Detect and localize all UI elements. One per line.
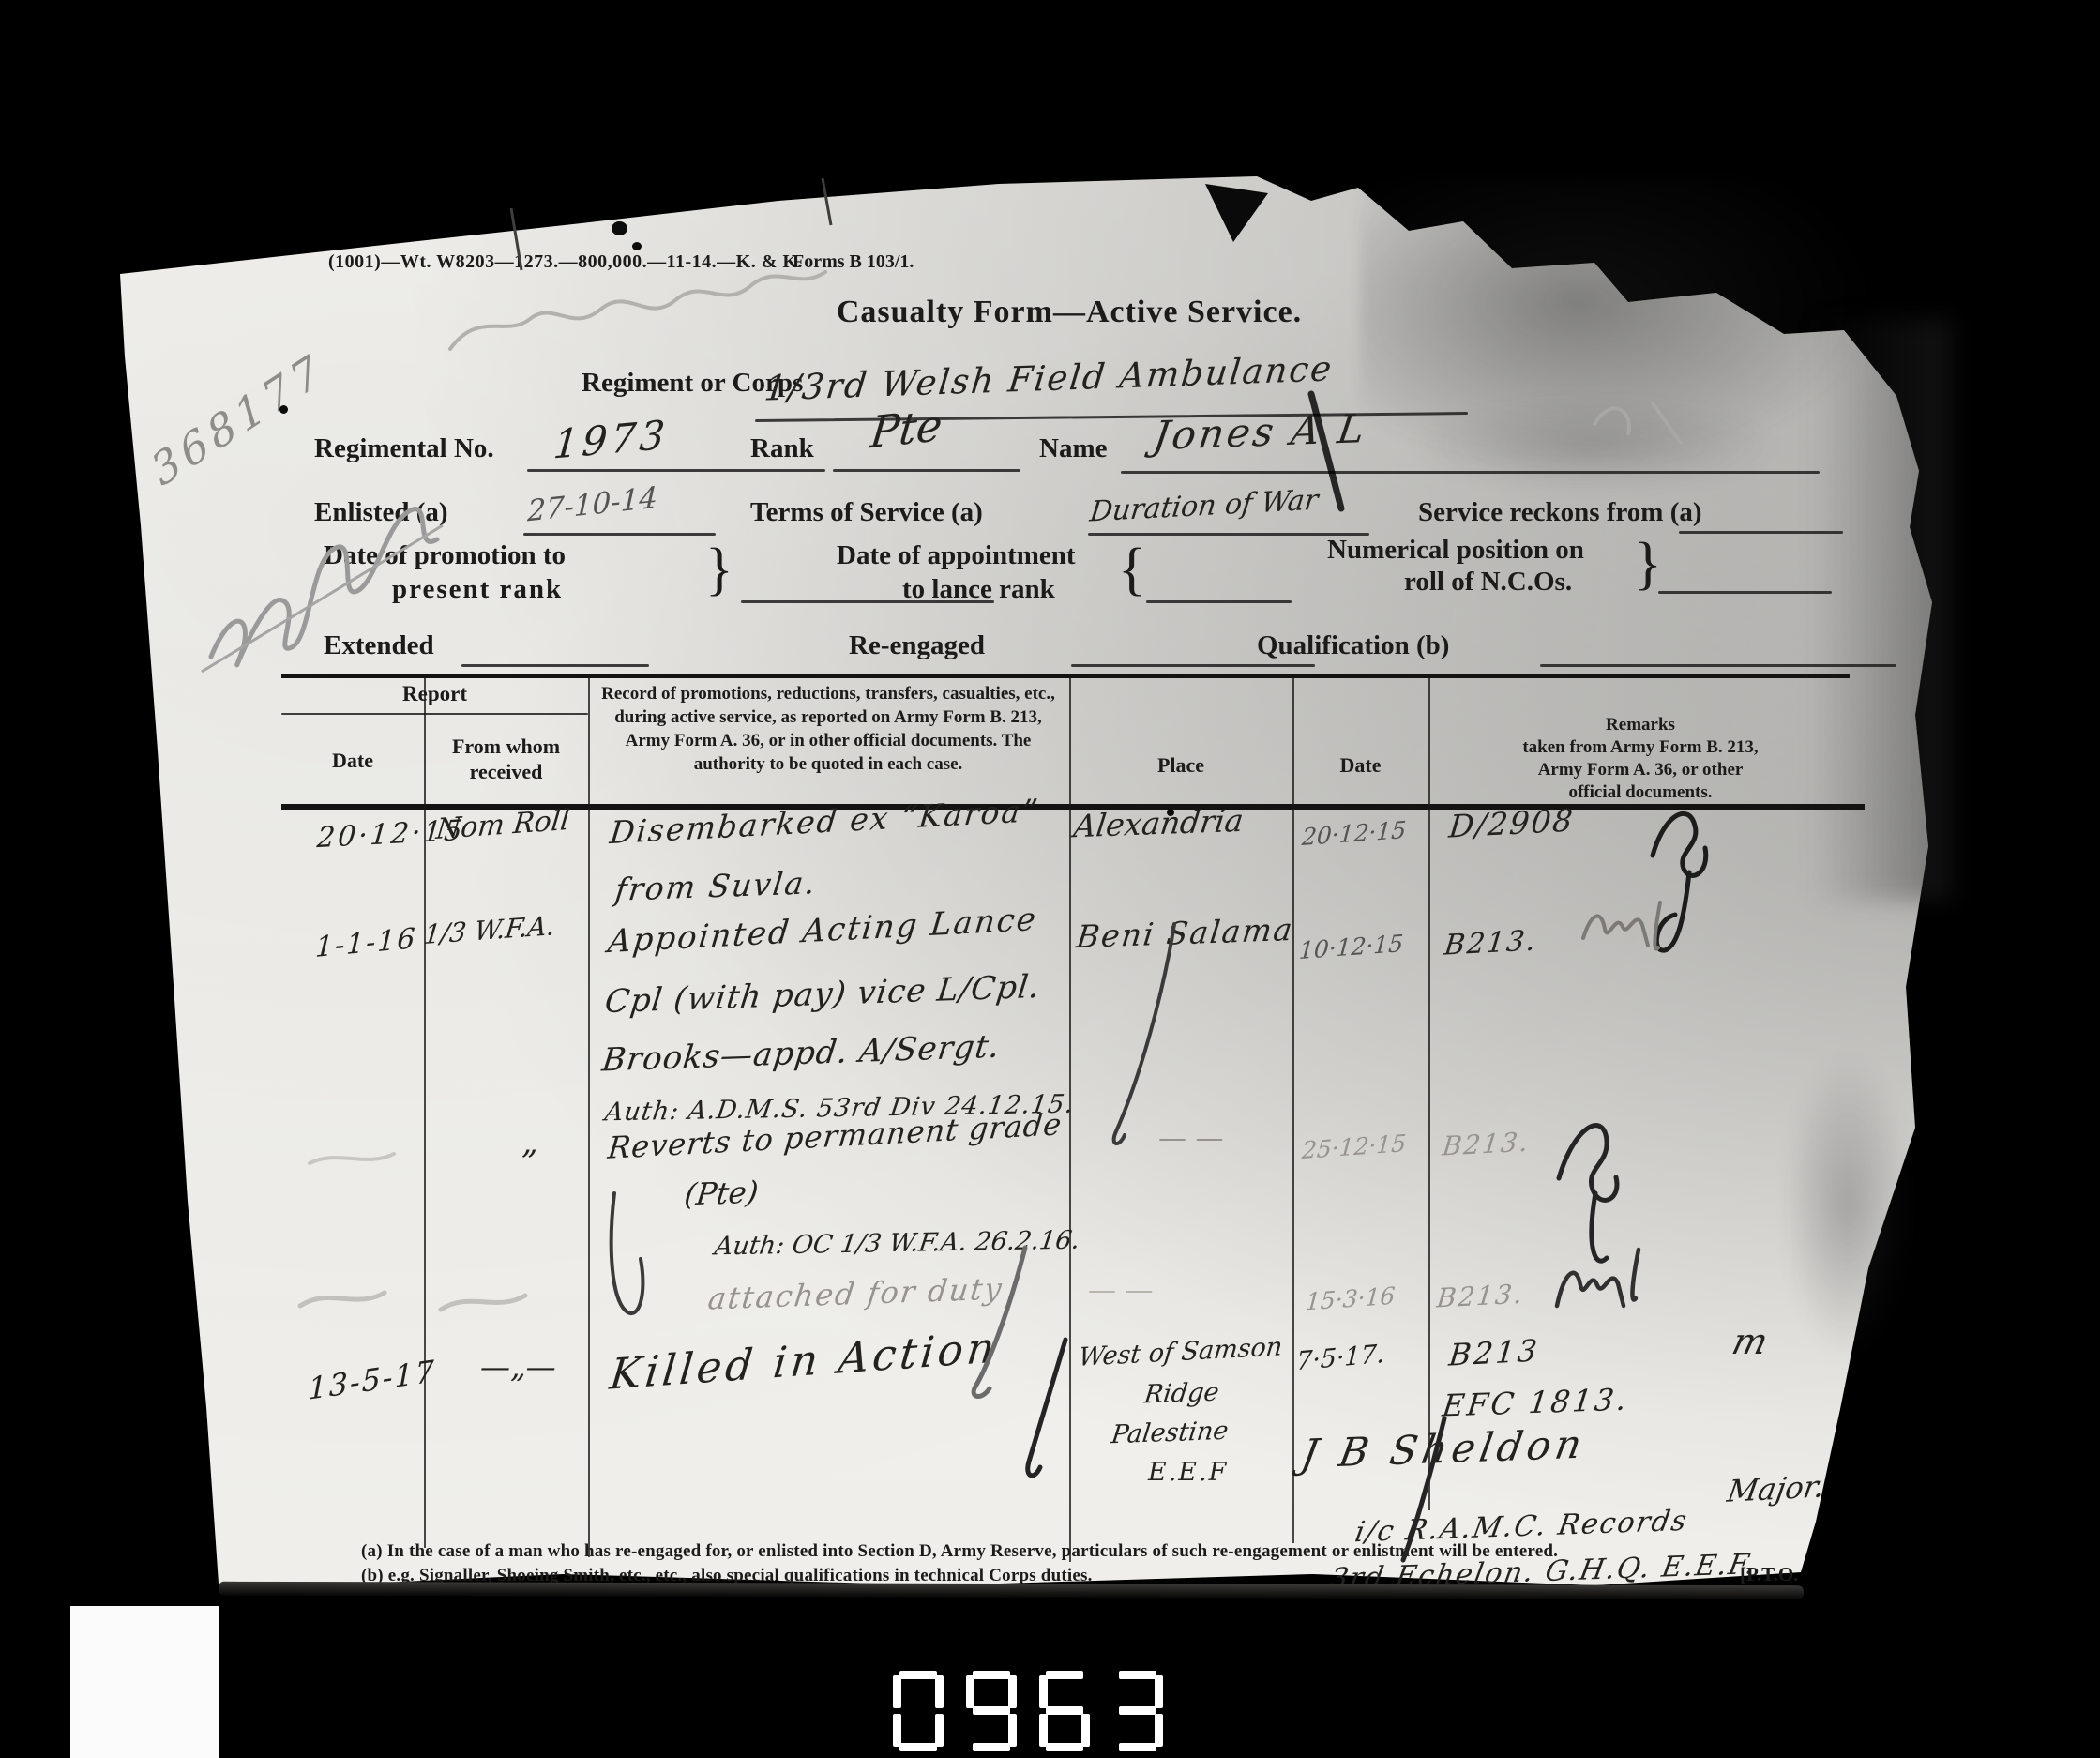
regimental-no-underline bbox=[527, 469, 825, 472]
stamp-digit bbox=[893, 1671, 944, 1751]
reengaged-label: Re-engaged bbox=[849, 630, 985, 661]
table-column-divider bbox=[588, 678, 590, 1557]
paper-bottom-shadow bbox=[219, 1582, 1804, 1599]
table-column-divider bbox=[1292, 678, 1294, 1543]
qualification-blank-line bbox=[1540, 664, 1896, 667]
promotion-brace: } bbox=[705, 537, 733, 603]
ink-dot bbox=[1167, 809, 1174, 816]
numerical-label-line1: Numerical position on bbox=[1327, 535, 1584, 566]
qualification-label: Qualification (b) bbox=[1257, 630, 1449, 661]
report-header: Report bbox=[281, 682, 588, 706]
footnote-a: (a) In the case of a man who has re-enga… bbox=[361, 1541, 1558, 1562]
date-header: Date bbox=[1292, 753, 1428, 778]
row1-remarks: D/2908 bbox=[1447, 801, 1577, 844]
row3-place-dash: — — bbox=[1158, 1122, 1224, 1155]
numerical-label-line2: roll of N.C.Os. bbox=[1404, 567, 1572, 598]
form-title: Casualty Form—Active Service. bbox=[741, 295, 1397, 330]
ink-dot bbox=[632, 242, 642, 250]
promotion-label-line2: present rank bbox=[392, 574, 563, 605]
numerical-brace: } bbox=[1634, 531, 1662, 598]
row5-place-line3: Palestine bbox=[1110, 1417, 1230, 1449]
table-column-divider bbox=[424, 678, 426, 1548]
remarks-header-line3: Army Form A. 36, or other bbox=[1428, 760, 1852, 780]
appointment-label-line1: Date of appointment bbox=[837, 540, 1076, 571]
rank-underline bbox=[833, 469, 1020, 472]
appointment-blank-line bbox=[1146, 600, 1292, 603]
report-date-header: Date bbox=[281, 749, 424, 773]
signature-rank: Major. bbox=[1725, 1468, 1827, 1509]
name-underline bbox=[1121, 471, 1820, 474]
service-reckons-label: Service reckons from (a) bbox=[1418, 497, 1702, 528]
bottom-left-patch bbox=[70, 1606, 219, 1758]
ink-dot bbox=[612, 221, 627, 235]
remarks-header-line2: taken from Army Form B. 213, bbox=[1428, 737, 1852, 758]
promotion-label-line1: Date of promotion to bbox=[324, 540, 566, 571]
extended-label: Extended bbox=[324, 630, 434, 661]
row2-place: Beni Salama bbox=[1075, 911, 1296, 955]
service-reckons-underline bbox=[1679, 531, 1843, 534]
pto-label: [P.T.O. bbox=[1740, 1563, 1798, 1586]
row4-remarks: B213. bbox=[1435, 1278, 1525, 1313]
regimental-no-label: Regimental No. bbox=[314, 433, 494, 464]
digital-frame-stamp bbox=[893, 1671, 1186, 1756]
table-column-divider bbox=[1069, 678, 1071, 1562]
appointment-label-line2: to lance rank bbox=[902, 574, 1055, 605]
row5-from-whom: —„— bbox=[480, 1349, 556, 1385]
name-label: Name bbox=[1039, 433, 1107, 464]
row5-place-line4: E.E.F bbox=[1148, 1458, 1228, 1487]
row3-remarks: B213. bbox=[1441, 1126, 1531, 1161]
remarks-header-line4: official documents. bbox=[1428, 782, 1852, 803]
rank-label: Rank bbox=[750, 433, 814, 464]
row5-remarks-line2: EFC 1813. bbox=[1441, 1381, 1631, 1423]
remarks-header-line1: Remarks bbox=[1428, 715, 1852, 735]
row5-place-line2: Ridge bbox=[1142, 1378, 1220, 1410]
table-top-rule bbox=[281, 674, 1850, 678]
enlisted-underline bbox=[523, 533, 716, 536]
stamp-digit bbox=[1112, 1671, 1163, 1751]
record-header: Record of promotions, reductions, transf… bbox=[600, 682, 1056, 776]
appointment-brace: { bbox=[1118, 537, 1146, 603]
printer-reference: (1001)—Wt. W8203—1273.—800,000.—11-14.—K… bbox=[328, 251, 803, 273]
from-whom-header: From whom received bbox=[424, 734, 588, 784]
row2-remarks: B213. bbox=[1443, 924, 1538, 962]
rank-value: Pte bbox=[868, 400, 944, 459]
form-number: Forms B 103/1. bbox=[793, 251, 914, 273]
row4-place-dash: — — bbox=[1088, 1274, 1154, 1307]
reengaged-blank-line bbox=[1071, 664, 1315, 667]
row3-record-line2: (Pte) bbox=[683, 1175, 761, 1213]
report-header-underline bbox=[281, 713, 588, 715]
ink-dot bbox=[279, 405, 288, 414]
extended-blank-line bbox=[461, 664, 649, 667]
place-header: Place bbox=[1069, 753, 1292, 778]
numerical-blank-line bbox=[1658, 591, 1832, 594]
scanned-document-page: (1001)—Wt. W8203—1273.—800,000.—11-14.—K… bbox=[0, 0, 2100, 1758]
row5-remarks-line1: B213 bbox=[1447, 1332, 1541, 1372]
table-column-divider bbox=[1428, 678, 1430, 1510]
row1-place: Alexandria bbox=[1072, 802, 1246, 844]
stamp-digit bbox=[1039, 1671, 1090, 1751]
terms-of-service-label: Terms of Service (a) bbox=[750, 497, 983, 528]
name-value: Jones A L bbox=[1151, 405, 1370, 459]
enlisted-label: Enlisted (a) bbox=[314, 497, 448, 528]
row3-from-whom-ditto: „ bbox=[521, 1124, 538, 1161]
row1-record-line2: from Suvla. bbox=[613, 864, 820, 908]
stamp-digit bbox=[966, 1671, 1017, 1751]
